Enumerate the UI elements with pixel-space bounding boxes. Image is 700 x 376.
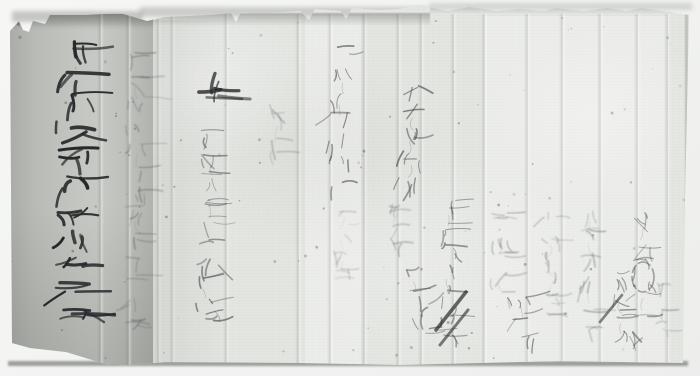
fold-crease bbox=[97, 14, 104, 366]
fold-crease bbox=[125, 14, 132, 366]
shading-band bbox=[153, 20, 233, 362]
fold-panel-highlight bbox=[484, 16, 527, 364]
fold-crease bbox=[361, 14, 368, 366]
fold-panel-highlight bbox=[562, 16, 600, 364]
fold-crease bbox=[450, 14, 457, 366]
fold-crease bbox=[664, 14, 671, 366]
paper-sheet bbox=[0, 0, 700, 376]
fold-crease bbox=[597, 14, 604, 366]
fold-crease bbox=[327, 14, 334, 366]
fold-panel-highlight bbox=[637, 16, 667, 364]
fold-panel-highlight bbox=[600, 16, 637, 364]
fold-crease bbox=[295, 14, 302, 366]
fold-crease bbox=[395, 14, 402, 366]
right-edge-crease bbox=[685, 14, 688, 364]
fold-crease bbox=[481, 14, 488, 366]
fold-crease bbox=[634, 14, 641, 366]
scanned-document bbox=[0, 0, 700, 376]
fold-crease bbox=[559, 14, 566, 366]
fold-crease bbox=[524, 14, 531, 366]
fold-crease bbox=[418, 14, 425, 366]
fold-panel-highlight bbox=[527, 16, 562, 364]
